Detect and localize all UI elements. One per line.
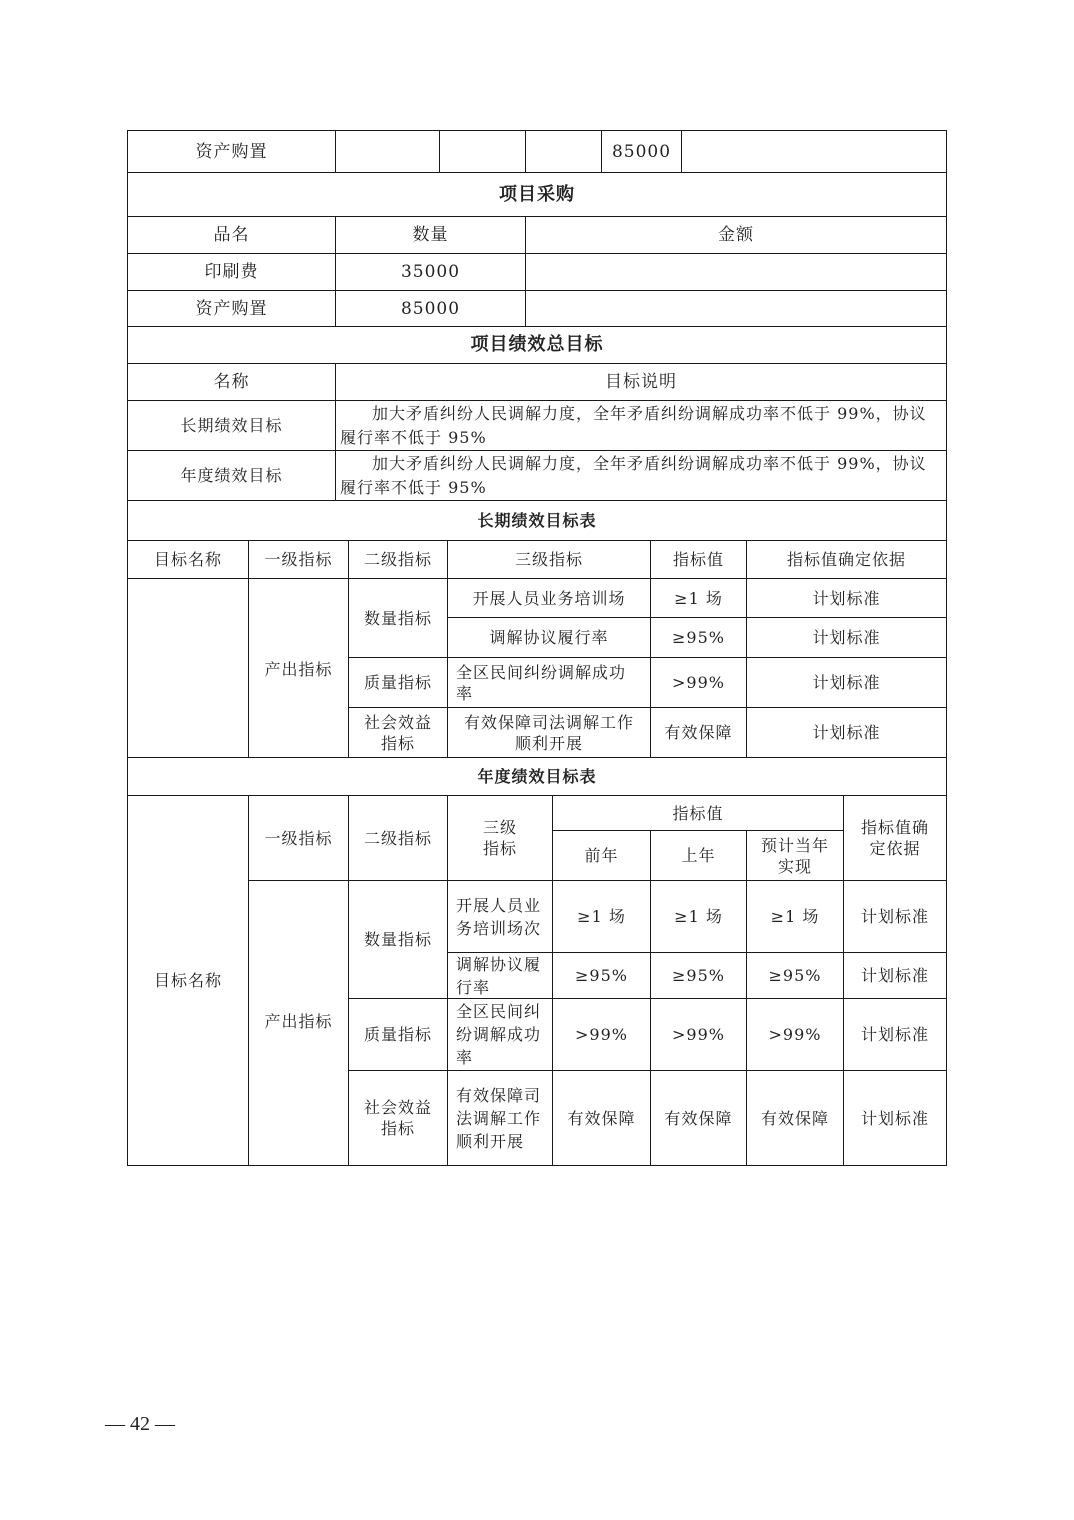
basis-item: 计划标准 [746,617,947,658]
header-level3: 三级指标 [447,540,651,579]
header-name: 名称 [127,363,336,401]
procurement-row-amount [525,290,947,327]
basis-item: 计划标准 [746,657,947,708]
prev2-item: ≥1 场 [552,880,651,953]
level2-social-benefit: 社会效益指标 [348,707,448,758]
procurement-row-qty: 85000 [335,290,526,327]
page-number: — 42 — [105,1413,175,1436]
asset-purchase-label: 资产购置 [127,130,336,173]
header-level2: 二级指标 [348,540,448,579]
value-item: ≥95% [650,617,747,658]
header-value-group: 指标值 [552,795,844,831]
prev2-item: 有效保障 [552,1070,651,1166]
expected-item: 有效保障 [746,1070,844,1166]
long-term-goal-description: 加大矛盾纠纷人民调解力度，全年矛盾纠纷调解成功率不低于 99%，协议履行率不低于… [335,400,947,451]
procurement-row-amount [525,253,947,291]
basis-item: 计划标准 [843,1070,947,1166]
empty-cell [439,130,526,173]
header-quantity: 数量 [335,216,526,254]
value-item: ≥1 场 [650,578,747,618]
annual-goal-label: 年度绩效目标 [127,450,336,501]
annual-table-title: 年度绩效目标表 [127,757,947,796]
header-level1: 一级指标 [248,540,349,579]
header-prev1: 上年 [650,830,747,881]
level3-item: 开展人员业务培训场次 [447,880,553,953]
header-value: 指标值 [650,540,747,579]
header-prev2: 前年 [552,830,651,881]
level3-item: 有效保障司法调解工作顺利开展 [447,1070,553,1166]
level2-quantity: 数量指标 [348,880,448,999]
prev2-item: ≥95% [552,952,651,999]
header-basis: 指标值确定依据 [843,795,947,881]
level2-quality: 质量指标 [348,657,448,708]
goal-text: 加大矛盾纠纷人民调解力度，全年矛盾纠纷调解成功率不低于 99%，协议履行率不低于… [340,452,942,500]
value-item: >99% [650,657,747,708]
header-item-name: 品名 [127,216,336,254]
header-goal-description: 目标说明 [335,363,947,401]
expected-item: ≥1 场 [746,880,844,953]
basis-item: 计划标准 [746,578,947,618]
value-item: 有效保障 [650,707,747,758]
expected-item: >99% [746,998,844,1071]
expected-item: ≥95% [746,952,844,999]
level1-output: 产出指标 [248,880,349,1166]
goal-name-cell [127,578,249,758]
basis-item: 计划标准 [843,880,947,953]
header-level1: 一级指标 [248,795,349,881]
empty-cell [335,130,440,173]
basis-item: 计划标准 [843,998,947,1071]
annual-goal-name: 目标名称 [127,795,249,1166]
procurement-title: 项目采购 [127,172,947,217]
level3-item: 有效保障司法调解工作顺利开展 [447,707,651,758]
long-term-goal-label: 长期绩效目标 [127,400,336,451]
level2-quality: 质量指标 [348,998,448,1071]
procurement-row-name: 资产购置 [127,290,336,327]
level3-item: 调解协议履行率 [447,952,553,999]
prev1-item: ≥95% [650,952,747,999]
procurement-row-qty: 35000 [335,253,526,291]
empty-cell [525,130,602,173]
header-goal-name: 目标名称 [127,540,249,579]
level2-social-benefit: 社会效益指标 [348,1070,448,1166]
header-amount: 金额 [525,216,947,254]
level3-item: 调解协议履行率 [447,617,651,658]
level2-quantity: 数量指标 [348,578,448,658]
basis-item: 计划标准 [746,707,947,758]
annual-goal-description: 加大矛盾纠纷人民调解力度，全年矛盾纠纷调解成功率不低于 99%，协议履行率不低于… [335,450,947,501]
prev1-item: ≥1 场 [650,880,747,953]
procurement-row-name: 印刷费 [127,253,336,291]
basis-item: 计划标准 [843,952,947,999]
overall-goal-title: 项目绩效总目标 [127,326,947,364]
asset-purchase-value: 85000 [601,130,682,173]
level3-item: 开展人员业务培训场 [447,578,651,618]
goal-text: 加大矛盾纠纷人民调解力度，全年矛盾纠纷调解成功率不低于 99%，协议履行率不低于… [340,402,942,450]
empty-cell [681,130,947,173]
header-level2: 二级指标 [348,795,448,881]
prev1-item: >99% [650,998,747,1071]
level1-output: 产出指标 [248,578,349,758]
long-term-table-title: 长期绩效目标表 [127,500,947,541]
header-basis: 指标值确定依据 [746,540,947,579]
prev1-item: 有效保障 [650,1070,747,1166]
prev2-item: >99% [552,998,651,1071]
header-level3: 三级指标 [447,795,553,881]
level3-item: 全区民间纠纷调解成功率 [447,657,651,708]
header-expected: 预计当年实现 [746,830,844,881]
level3-item: 全区民间纠纷调解成功率 [447,998,553,1071]
